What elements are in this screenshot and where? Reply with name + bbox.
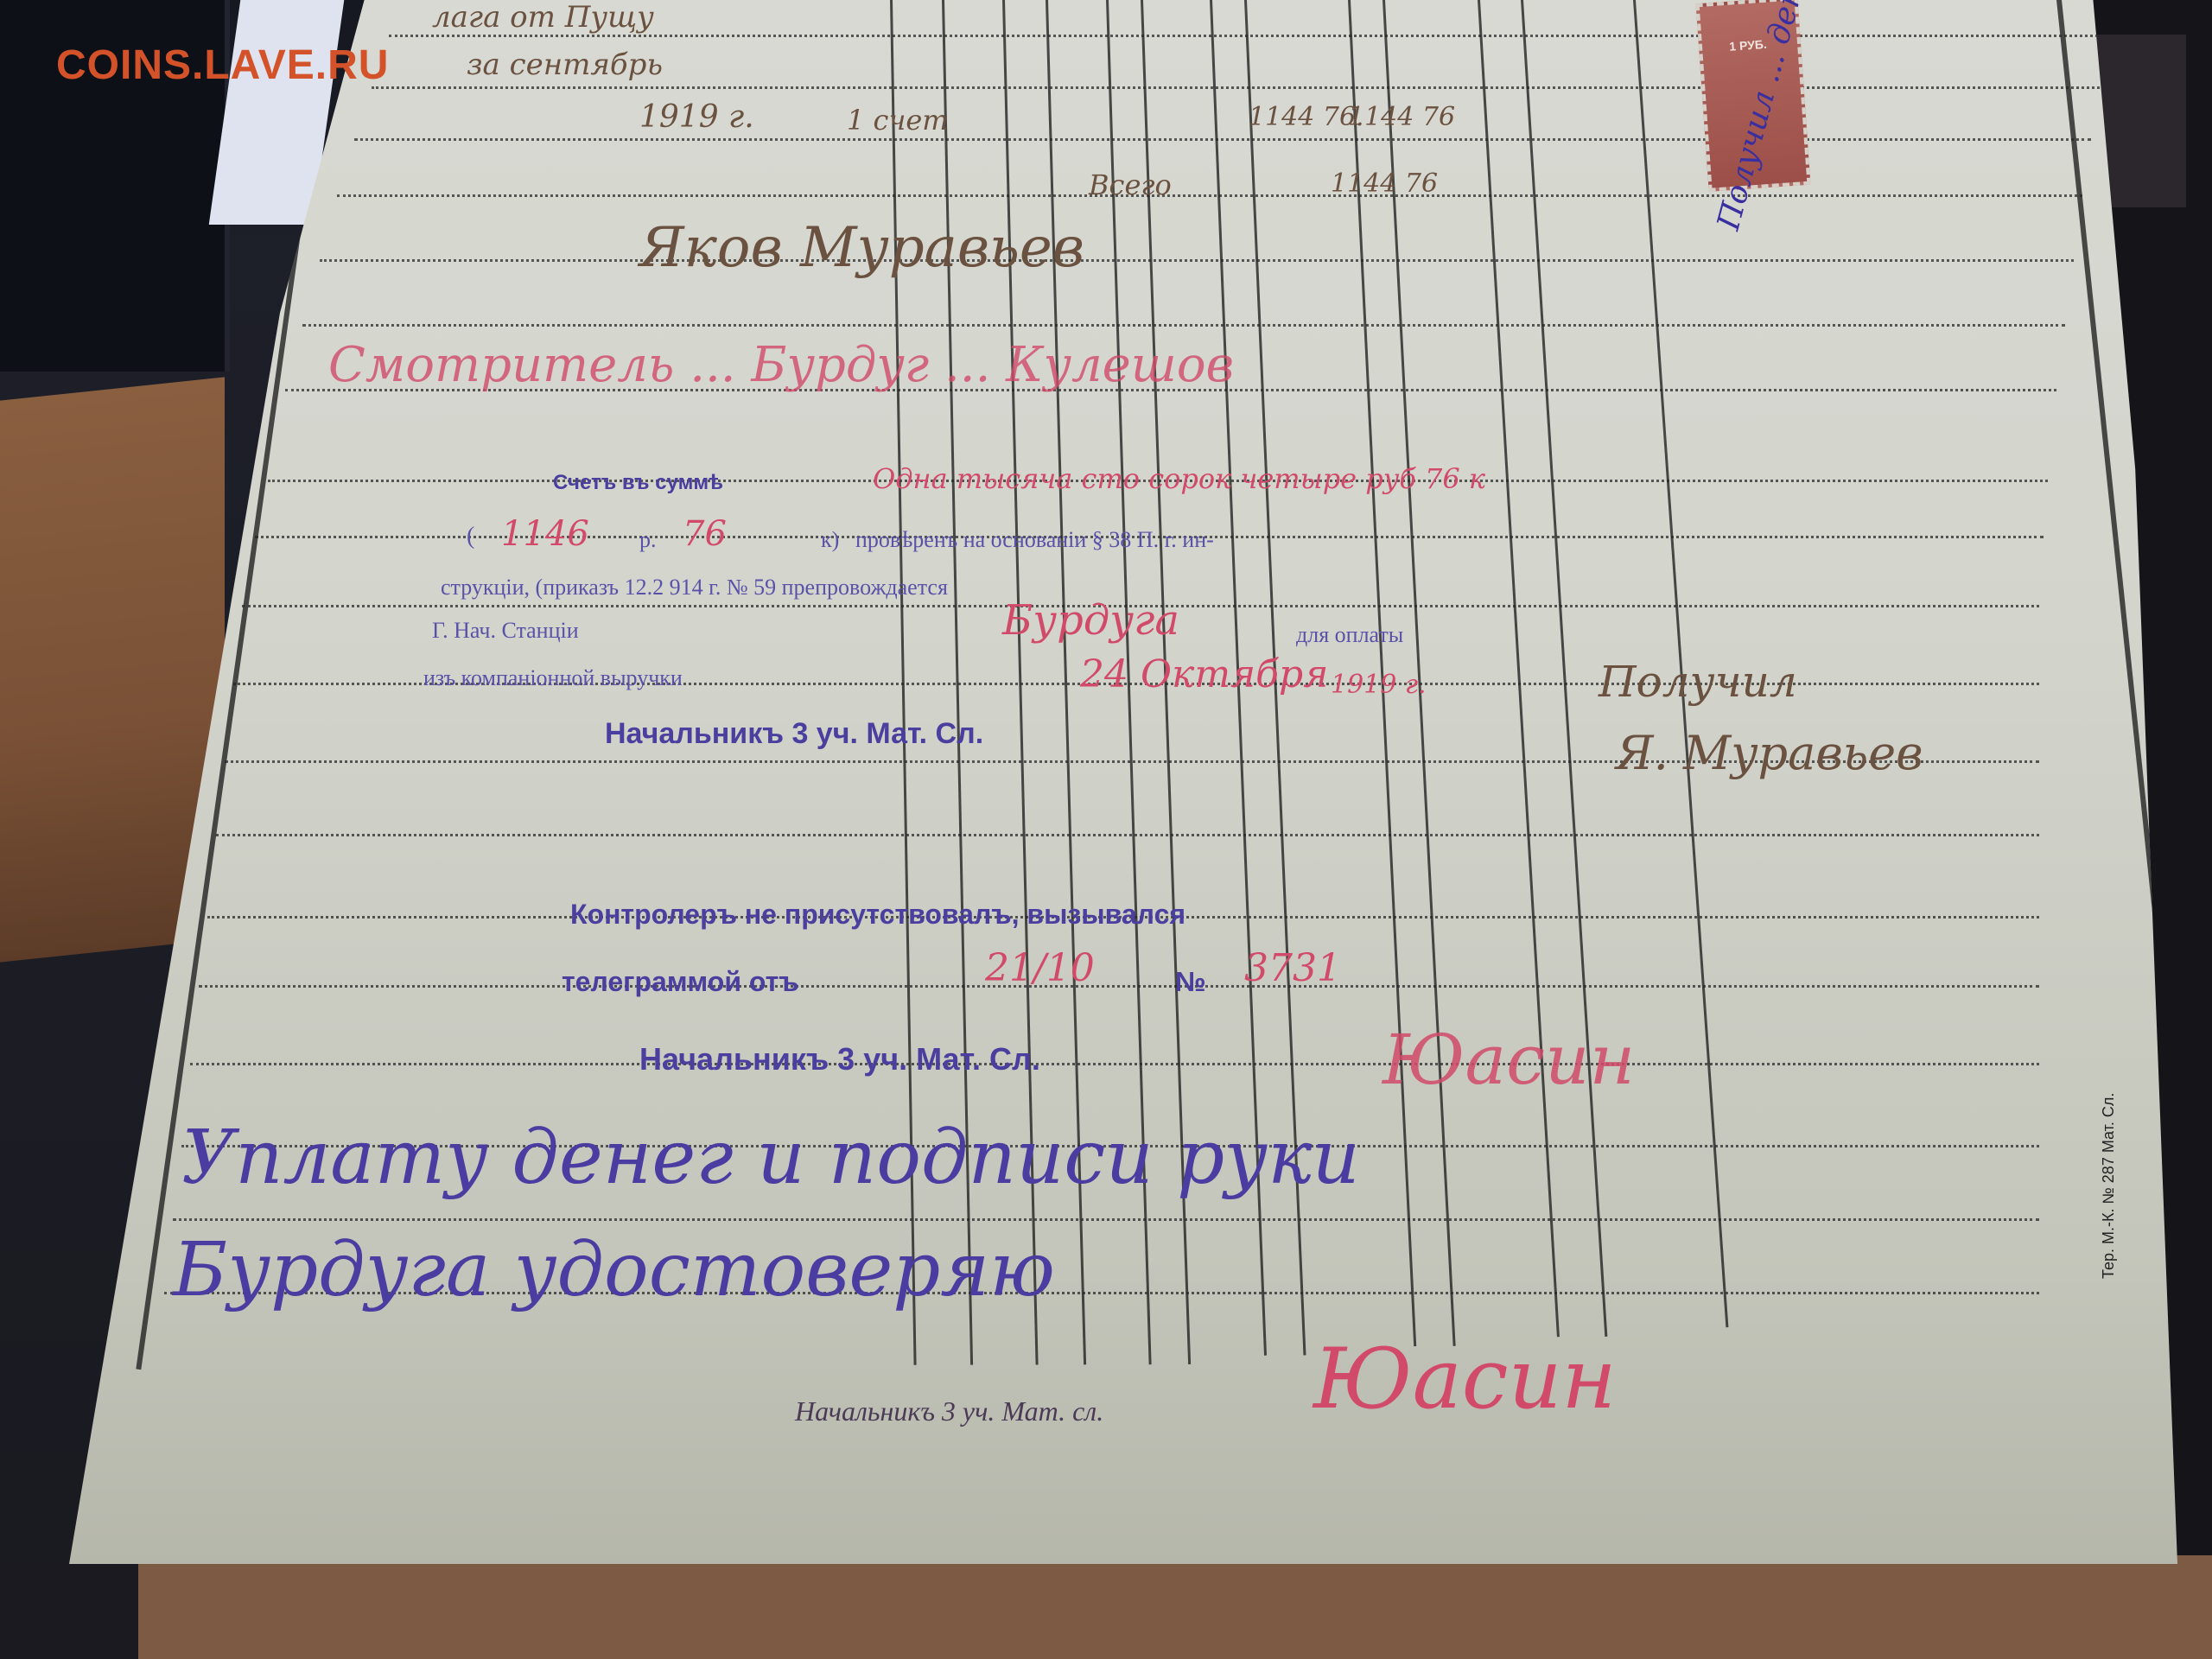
- rule: [337, 194, 2082, 197]
- printed-line4-tail: для оплаты: [1296, 622, 1403, 648]
- amount-in-words: Одна тысяча сто сорок четыре руб 76 к: [873, 462, 1485, 495]
- footer-signature-label: Начальникъ 3 уч. Мат. сл.: [795, 1395, 1103, 1427]
- station-name: Бурдуга: [1002, 596, 1179, 645]
- amount-kop: 76: [683, 514, 727, 554]
- printed-line2: провѣренъ на основанiи § 38 П. г. ин-: [855, 527, 1214, 553]
- telegram-no-label: №: [1175, 966, 1206, 998]
- chief-signature-label-1: Начальникъ 3 уч. Мат. Сл.: [605, 717, 983, 751]
- handwritten-year: 1919 г.: [1331, 670, 1427, 700]
- amount-col2: 1144 76: [1348, 102, 1455, 132]
- rule: [302, 324, 2065, 327]
- handwritten-date: 24 Октября: [1080, 652, 1328, 696]
- rule: [320, 259, 2074, 262]
- controller-line1: Контролеръ не присутствовалъ, вызывался: [570, 899, 1185, 931]
- row3-note: 1 счет: [847, 104, 949, 137]
- footer-red-signature: Юасин: [1313, 1331, 1617, 1427]
- rule: [389, 35, 2108, 37]
- rule: [216, 834, 2039, 836]
- telegram-number: 3731: [1244, 946, 1341, 990]
- ruled-grid: [69, 0, 2177, 1564]
- recipient-signature: Яков Муравьев: [639, 216, 1084, 280]
- amount-rub: 1146: [501, 514, 589, 554]
- column-line: [1478, 0, 1560, 1337]
- received-signature: Я. Муравьев: [1616, 726, 1923, 780]
- row1-text: лага от Пущу: [432, 0, 654, 35]
- received-note: Получил: [1599, 657, 1797, 707]
- red-signature-line: Смотритель ... Бурдуг ... Кулешов: [328, 337, 1234, 393]
- printed-line4: Г. Нач. Станцiи: [432, 618, 579, 644]
- rule: [199, 985, 2039, 988]
- margin-print: Тер. М.-К. № 287 Мат. Сл.: [2100, 1093, 2118, 1279]
- kop-label: к): [821, 527, 839, 553]
- chief-signature-label-2: Начальникъ 3 уч. Мат. Сл.: [639, 1041, 1040, 1077]
- row3-date: 1919 г.: [639, 99, 754, 135]
- rule: [190, 1063, 2039, 1065]
- printed-line5: изъ компанiонной выручки: [423, 665, 683, 691]
- attestation-line1: Уплату денег и подписи руки: [181, 1115, 1360, 1201]
- printed-line3: струкцiи, (приказъ 12.2 914 г. № 59 преп…: [441, 575, 948, 601]
- column-line: [1521, 0, 1607, 1337]
- printed-line1: Счетъ въ суммѣ: [553, 471, 723, 495]
- rub-label: р.: [639, 527, 657, 553]
- document-paper: лага от Пущу за сентябрь 1919 г. 1 счет …: [69, 0, 2177, 1564]
- telegram-label: телеграммой отъ: [562, 966, 799, 998]
- background-table-edge: [138, 1555, 2212, 1659]
- amount-col1: 1144 76.: [1249, 102, 1364, 132]
- controller-red-signature: Юасин: [1382, 1020, 1635, 1100]
- watermark: COINS.LAVE.RU: [56, 41, 389, 89]
- total-amount: 1144 76: [1331, 168, 1438, 199]
- row2-text: за сентябрь: [467, 48, 663, 82]
- attestation-line2: Бурдуга удостоверяю: [173, 1227, 1055, 1313]
- rule: [354, 138, 2091, 141]
- paren-open: (: [467, 523, 474, 550]
- rule: [372, 86, 2100, 89]
- rule: [173, 1218, 2039, 1221]
- total-label: Всего: [1089, 168, 1172, 201]
- telegram-date: 21/10: [985, 946, 1095, 990]
